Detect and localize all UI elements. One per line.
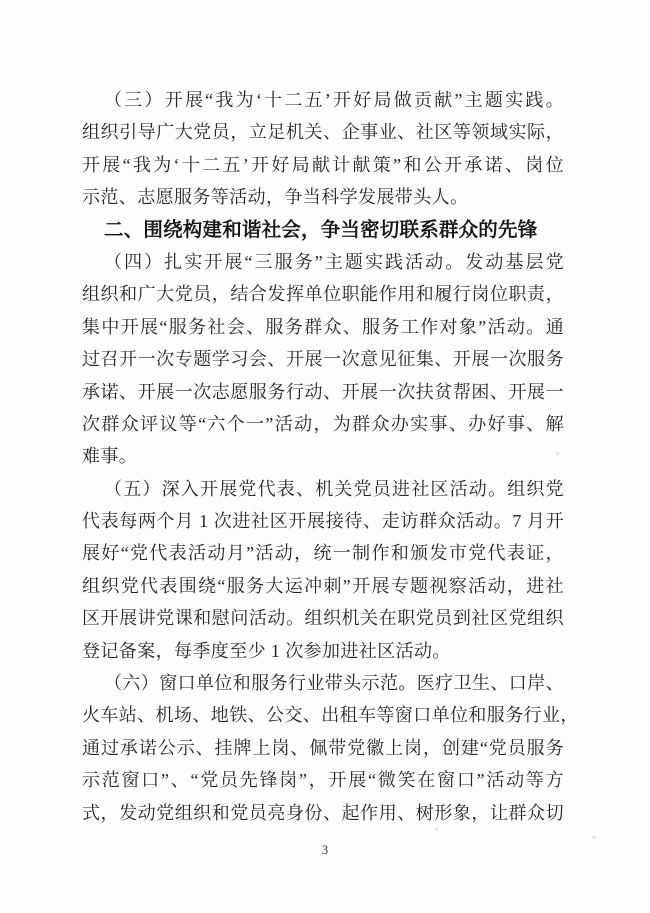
paragraph-5-line: 展好“党代表活动月”活动，统一制作和颁发市党代表证， [82,537,564,569]
paragraph-6-line: 通过承诺公示、挂牌上岗、佩带党徽上岗，创建“党员服务 [82,732,564,764]
paragraph-4-line: 承诺、开展一次志愿服务行动、开展一次扶贫帮困、开展一 [82,376,564,408]
paragraph-3-line: 示范、志愿服务等活动，争当科学发展带头人。 [82,181,564,213]
paragraph-6-line: （六）窗口单位和服务行业带头示范。医疗卫生、口岸、 [82,667,564,699]
paragraph-6-line: 式，发动党组织和党员亮身份、起作用、树形象，让群众切 [82,797,564,829]
text-block: （三）开展“我为‘十二五’开好局做贡献”主题实践。 组织引导广大党员，立足机关、… [82,84,564,829]
paragraph-5-line: 代表每两个月 1 次进社区开展接待、走访群众活动。7 月开 [82,505,564,537]
paragraph-6-line: 示范窗口”、“党员先锋岗”，开展“微笑在窗口”活动等方 [82,764,564,796]
page-number: 3 [0,843,650,858]
scan-speck [435,828,438,830]
scan-speck [592,836,596,839]
paragraph-4-line: （四）扎实开展“三服务”主题实践活动。发动基层党 [82,246,564,278]
section-heading: 二、围绕构建和谐社会，争当密切联系群众的先锋 [82,214,564,246]
paragraph-5-line: 登记备案，每季度至少 1 次参加进社区活动。 [82,635,564,667]
paragraph-4-line: 集中开展“服务社会、服务群众、服务工作对象”活动。通 [82,311,564,343]
paragraph-6-line: 火车站、机场、地铁、公交、出租车等窗口单位和服务行业， [82,699,564,731]
paragraph-4-line: 次群众评议等“六个一”活动，为群众办实事、办好事、解 [82,408,564,440]
paragraph-4-line: 难事。 [82,440,564,472]
paragraph-5-line: （五）深入开展党代表、机关党员进社区活动。组织党 [82,473,564,505]
paragraph-3-line: （三）开展“我为‘十二五’开好局做贡献”主题实践。 [82,84,564,116]
paragraph-3-line: 组织引导广大党员，立足机关、企事业、社区等领域实际， [82,116,564,148]
scanned-document-page: （三）开展“我为‘十二五’开好局做贡献”主题实践。 组织引导广大党员，立足机关、… [0,0,650,913]
paragraph-4-line: 过召开一次专题学习会、开展一次意见征集、开展一次服务 [82,343,564,375]
paragraph-4-line: 组织和广大党员，结合发挥单位职能作用和履行岗位职责， [82,278,564,310]
paragraph-5-line: 组织党代表围绕“服务大运冲刺”开展专题视察活动，进社 [82,570,564,602]
scan-speck [556,452,559,455]
paragraph-3-line: 开展“我为‘十二五’开好局献计献策”和公开承诺、岗位 [82,149,564,181]
paragraph-5-line: 区开展讲党课和慰问活动。组织机关在职党员到社区党组织 [82,602,564,634]
